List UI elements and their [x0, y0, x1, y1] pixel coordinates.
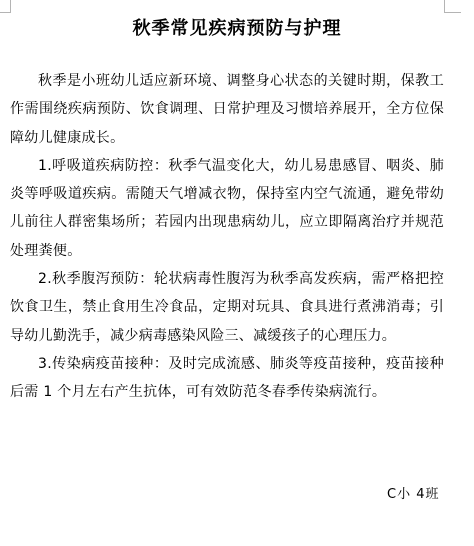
intro-paragraph: 秋季是小班幼儿适应新环境、调整身心状态的关键时期，保教工作需围绕疾病预防、饮食调… [10, 67, 444, 152]
vaccination-paragraph: 3.传染病疫苗接种：及时完成流感、肺炎等疫苗接种，疫苗接种后需 1 个月左右产生… [10, 350, 444, 407]
document-title: 秋季常见疾病预防与护理 [0, 17, 474, 41]
page-corner-mark-top-right [444, 0, 461, 13]
document-body: 秋季是小班幼儿适应新环境、调整身心状态的关键时期，保教工作需围绕疾病预防、饮食调… [10, 67, 444, 407]
page-corner-mark-top-left [0, 0, 11, 13]
autumn-diarrhea-paragraph: 2.秋季腹泻预防：轮状病毒性腹泻为秋季高发疾病，需严格把控饮食卫生，禁止食用生冷… [10, 265, 444, 350]
respiratory-disease-paragraph: 1.呼吸道疾病防控：秋季气温变化大，幼儿易患感冒、咽炎、肺炎等呼吸道疾病。需随天… [10, 152, 444, 265]
class-signature: C小 4班 [387, 483, 439, 502]
